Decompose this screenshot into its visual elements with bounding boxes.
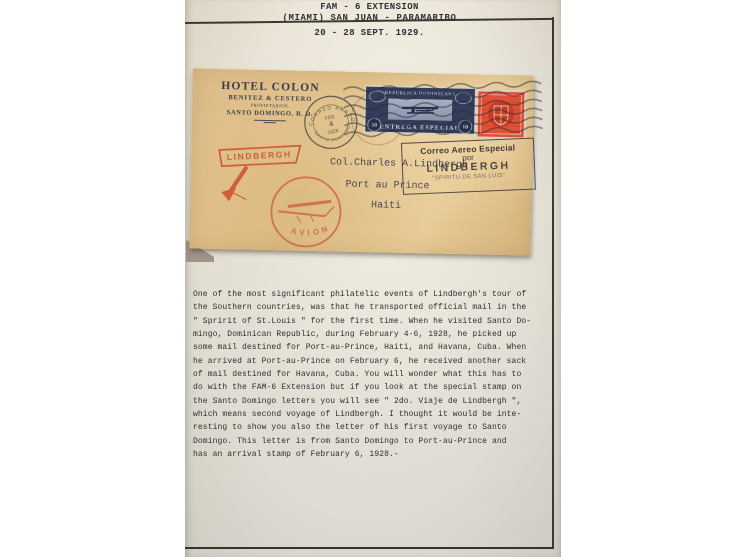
page-title: FAM - 6 EXTENSION [185,2,554,12]
page-frame-right [552,17,554,548]
postmark-year: 1928 [327,128,339,136]
postmark-day: 4 [329,121,334,129]
avion-circle-cachet: AVION [266,172,346,252]
pennant-label: LINDBERGH [227,149,292,162]
svg-text:AVION: AVION [290,222,332,238]
address-line-3: Haiti [371,200,401,212]
plane-silhouette [278,200,334,223]
date-range: 20 - 28 SEPT. 1929. [185,28,554,38]
avion-label: AVION [290,222,332,238]
postal-cover: HOTEL COLON BENITEZ & CESTERO PROPIETARI… [189,68,534,255]
flourish-line [264,122,276,123]
hotel-name: HOTEL COLON [208,80,332,95]
correo-aereo-especial-handstamp: Correo Aereo Especial por LINDBERGH "SPI… [401,138,536,195]
page-frame-bottom [185,547,554,549]
wavy-cancel-lines [343,79,545,147]
route-subtitle: (MIAMI) SAN JUAN - PARAMARIBO [185,13,554,23]
album-page-photo: FAM - 6 EXTENSION (MIAMI) SAN JUAN - PAR… [185,0,561,557]
description-paragraph: One of the most significant philatelic e… [193,288,538,461]
